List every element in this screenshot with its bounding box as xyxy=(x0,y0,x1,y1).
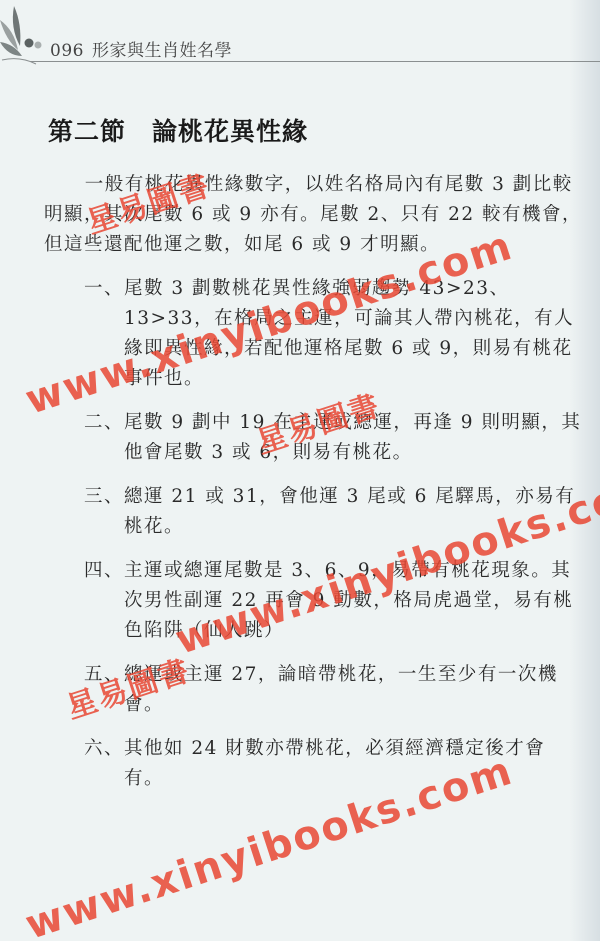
list-item-text: 其他如 24 財數亦帶桃花，必須經濟穩定後才會有。 xyxy=(124,734,584,794)
list-item: 五、 總運或主運 27，論暗帶桃花，一生至少有一次機會。 xyxy=(44,660,584,720)
list-item-text: 總運或主運 27，論暗帶桃花，一生至少有一次機會。 xyxy=(124,660,584,720)
page-number: 096 xyxy=(50,41,84,61)
list-item: 一、 尾數 3 劃數桃花異性緣強弱趨勢 43>23、13>33，在格局之主運，可… xyxy=(44,274,584,394)
list-marker: 三、 xyxy=(44,482,124,542)
section-heading: 第二節論桃花異性緣 xyxy=(48,112,308,148)
running-header-title: 096形家與生肖姓名學 xyxy=(50,36,232,61)
section-number: 第二節 xyxy=(48,117,126,146)
list-marker: 五、 xyxy=(44,660,124,720)
list-marker: 一、 xyxy=(44,274,124,394)
running-header: 096形家與生肖姓名學 xyxy=(0,0,600,70)
list-marker: 六、 xyxy=(44,734,124,794)
book-title: 形家與生肖姓名學 xyxy=(92,41,232,61)
intro-paragraph: 一般有桃花異性緣數字，以姓名格局內有尾數 3 劃比較明顯，其次尾數 6 或 9 … xyxy=(44,170,584,260)
list-item-text: 尾數 3 劃數桃花異性緣強弱趨勢 43>23、13>33，在格局之主運，可論其人… xyxy=(124,274,584,394)
list-item-text: 總運 21 或 31，會他運 3 尾或 6 尾驛馬，亦易有桃花。 xyxy=(124,482,584,542)
body-text: 一般有桃花異性緣數字，以姓名格局內有尾數 3 劃比較明顯，其次尾數 6 或 9 … xyxy=(44,170,584,808)
list-item: 六、 其他如 24 財數亦帶桃花，必須經濟穩定後才會有。 xyxy=(44,734,584,794)
list-item-text: 尾數 9 劃中 19 在主運或總運，再逢 9 則明顯，其他會尾數 3 或 6，則… xyxy=(124,408,584,468)
list-item-text: 主運或總運尾數是 3、6、9，易帶有桃花現象。其次男性副運 22 再會 9 動數… xyxy=(124,556,584,646)
section-title: 論桃花異性緣 xyxy=(152,117,308,146)
header-divider xyxy=(30,61,600,62)
list-marker: 二、 xyxy=(44,408,124,468)
list-item: 三、 總運 21 或 31，會他運 3 尾或 6 尾驛馬，亦易有桃花。 xyxy=(44,482,584,542)
list-marker: 四、 xyxy=(44,556,124,646)
list-item: 四、 主運或總運尾數是 3、6、9，易帶有桃花現象。其次男性副運 22 再會 9… xyxy=(44,556,584,646)
list-item: 二、 尾數 9 劃中 19 在主運或總運，再逢 9 則明顯，其他會尾數 3 或 … xyxy=(44,408,584,468)
